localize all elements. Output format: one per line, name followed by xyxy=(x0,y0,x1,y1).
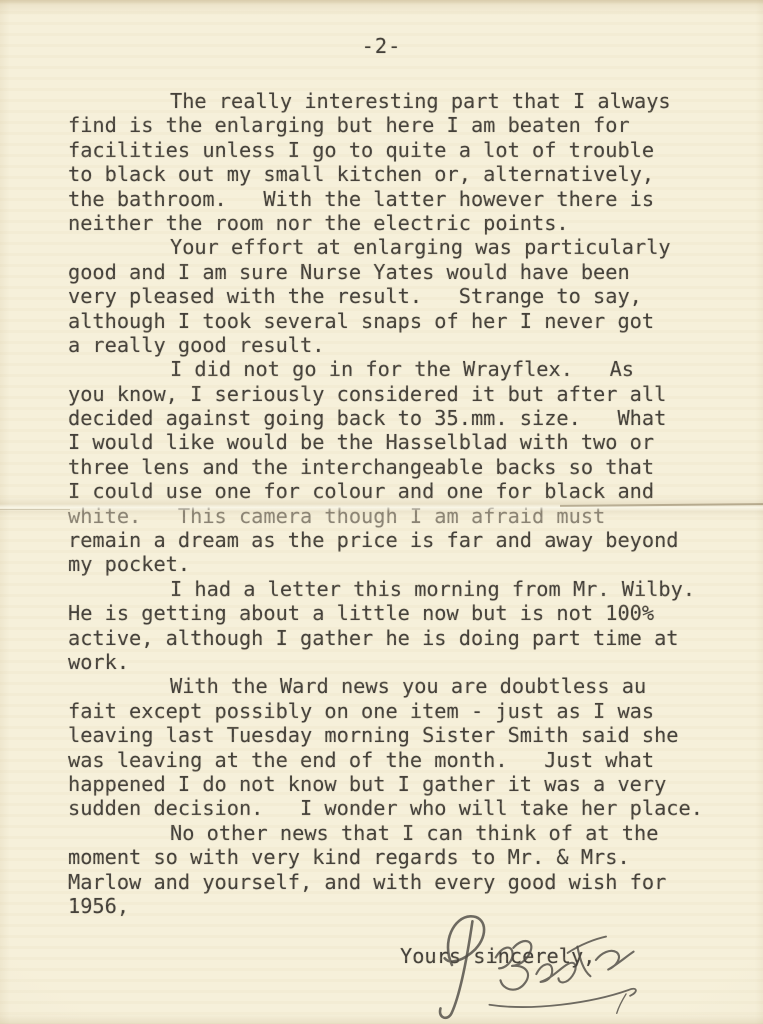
line: I had a letter this morning from Mr. Wil… xyxy=(68,577,728,601)
line: decided against going back to 35.mm. siz… xyxy=(68,406,728,430)
line: good and I am sure Nurse Yates would hav… xyxy=(68,260,728,284)
line: to black out my small kitchen or, altern… xyxy=(68,162,728,186)
paragraph: Your effort at enlarging was particularl… xyxy=(68,235,728,357)
line: neither the room nor the electric points… xyxy=(68,211,728,235)
letter-body: The really interesting part that I alway… xyxy=(68,89,728,918)
line: leaving last Tuesday morning Sister Smit… xyxy=(68,723,728,747)
line: sudden decision. I wonder who will take … xyxy=(68,796,728,820)
line: I did not go in for the Wrayflex. As xyxy=(68,357,728,381)
line: moment so with very kind regards to Mr. … xyxy=(68,845,728,869)
page-number: -2- xyxy=(0,34,763,58)
fold-crease-line xyxy=(0,509,70,510)
signature-autograph xyxy=(406,901,670,1024)
line: Marlow and yourself, and with every good… xyxy=(68,870,728,894)
line: you know, I seriously considered it but … xyxy=(68,382,728,406)
line: find is the enlarging but here I am beat… xyxy=(68,113,728,137)
line: my pocket. xyxy=(68,552,728,576)
line: No other news that I can think of at the xyxy=(68,821,728,845)
line: very pleased with the result. Strange to… xyxy=(68,284,728,308)
line: happened I do not know but I gather it w… xyxy=(68,772,728,796)
line: active, although I gather he is doing pa… xyxy=(68,626,728,650)
paragraph: I had a letter this morning from Mr. Wil… xyxy=(68,577,728,675)
line: white. This camera though I am afraid mu… xyxy=(68,504,728,528)
line: I could use one for colour and one for b… xyxy=(68,479,728,503)
line: With the Ward news you are doubtless au xyxy=(68,674,728,698)
line: three lens and the interchangeable backs… xyxy=(68,455,728,479)
line: remain a dream as the price is far and a… xyxy=(68,528,728,552)
line: I would like would be the Hasselblad wit… xyxy=(68,430,728,454)
line: The really interesting part that I alway… xyxy=(68,89,728,113)
paragraph: I did not go in for the Wrayflex. Asyou … xyxy=(68,357,728,577)
line: facilities unless I go to quite a lot of… xyxy=(68,138,728,162)
line: was leaving at the end of the month. Jus… xyxy=(68,748,728,772)
line: work. xyxy=(68,650,728,674)
line: Your effort at enlarging was particularl… xyxy=(68,235,728,259)
line: although I took several snaps of her I n… xyxy=(68,309,728,333)
letter-page: -2- The really interesting part that I a… xyxy=(0,0,763,1024)
line: fait except possibly on one item - just … xyxy=(68,699,728,723)
line: the bathroom. With the latter however th… xyxy=(68,187,728,211)
line: a really good result. xyxy=(68,333,728,357)
paragraph: With the Ward news you are doubtless auf… xyxy=(68,674,728,820)
line: He is getting about a little now but is … xyxy=(68,601,728,625)
paragraph: The really interesting part that I alway… xyxy=(68,89,728,235)
